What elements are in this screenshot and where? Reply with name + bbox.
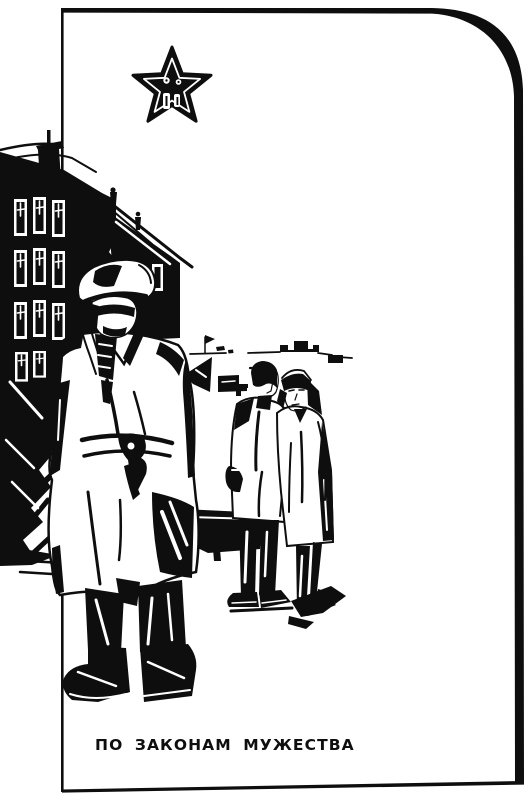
page-artwork bbox=[0, 0, 531, 800]
young-couple bbox=[225, 361, 336, 616]
headscarf bbox=[281, 374, 311, 391]
book-title: ПО ЗАКОНАМ МУЖЕСТВА bbox=[95, 736, 355, 754]
flag-icon bbox=[205, 335, 215, 344]
soviet-star-icon bbox=[133, 47, 211, 121]
street-scene-illustration bbox=[0, 130, 352, 702]
low-hut bbox=[218, 375, 247, 392]
frame-top-border bbox=[62, 8, 432, 14]
frame-right-border bbox=[432, 8, 524, 783]
left-boot bbox=[63, 646, 130, 702]
frame-bottom-border bbox=[62, 781, 524, 793]
book-page: ПО ЗАКОНАМ МУЖЕСТВА bbox=[0, 0, 531, 800]
couple-woman bbox=[277, 370, 336, 616]
